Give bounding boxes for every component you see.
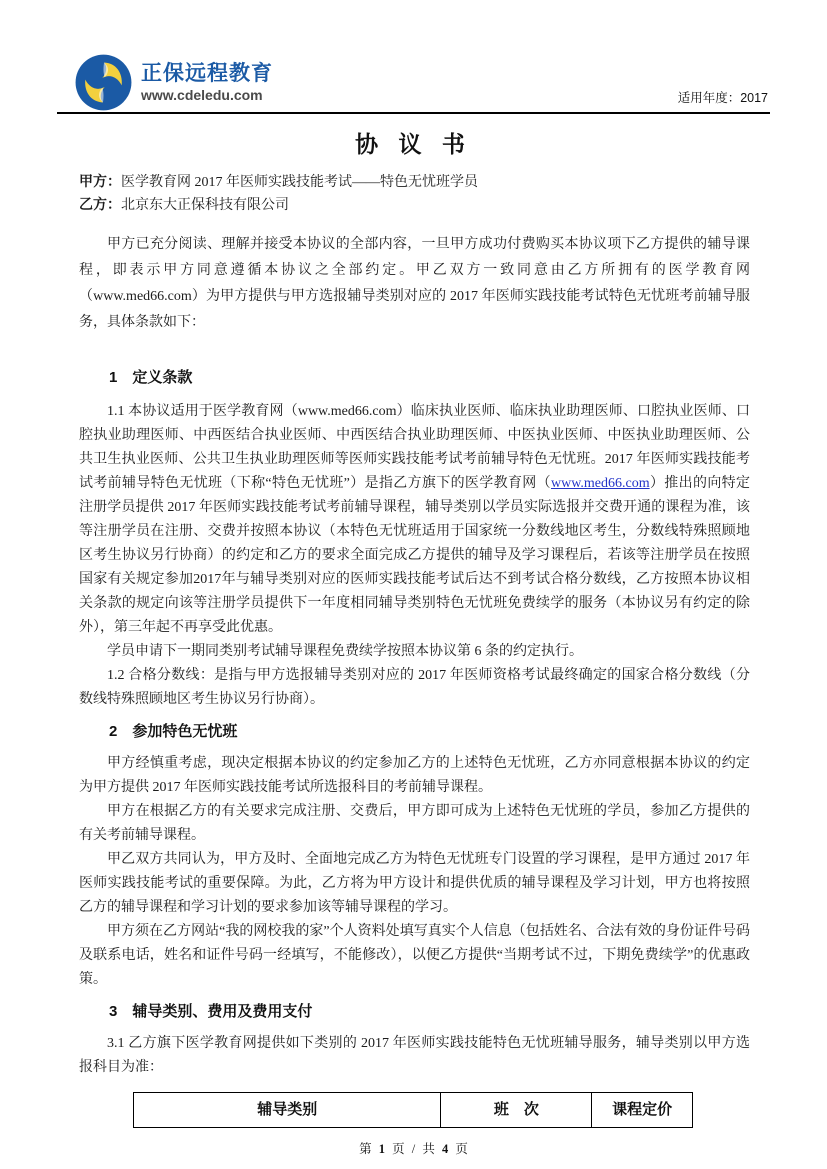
logo-text: 正保远程教育 www.cdeledu.com	[141, 62, 273, 104]
pricing-table-header-class: 班 次	[441, 1093, 592, 1128]
clause-2-p2: 甲方在根据乙方的有关要求完成注册、交费后，甲方即可成为上述特色无忧班的学员，参加…	[79, 800, 750, 848]
party-a-label: 甲方：	[79, 173, 121, 189]
party-a-value: 医学教育网 2017 年医师实践技能考试——特色无忧班学员	[121, 175, 478, 190]
clause-2-p3: 甲乙双方共同认为，甲方及时、全面地完成乙方为特色无忧班专门设置的学习课程，是甲方…	[79, 848, 750, 920]
footer-page-number: 1	[379, 1142, 387, 1156]
logo-url: www.cdeledu.com	[141, 86, 273, 104]
clause-2-p1: 甲方经慎重考虑，现决定根据本协议的约定参加乙方的上述特色无忧班，乙方亦同意根据本…	[79, 752, 750, 800]
party-b-value: 北京东大正保科技有限公司	[121, 198, 289, 213]
pricing-table-header-row: 辅导类别 班 次 课程定价	[134, 1093, 693, 1128]
clause-1-1-text-after: ）推出的向特定注册学员提供 2017 年医师实践技能考试考前辅导课程，辅导类别以…	[79, 476, 750, 635]
clause-1-2: 1.2 合格分数线：是指与甲方选报辅导类别对应的 2017 年医师资格考试最终确…	[79, 664, 750, 712]
document-title: 协 议 书	[0, 126, 827, 159]
section-3-heading: 3 辅导类别、费用及费用支付	[79, 1000, 750, 1024]
applicable-year: 适用年度：2017	[678, 88, 768, 106]
footer-mid: 页 / 共	[392, 1142, 437, 1156]
logo: 正保远程教育 www.cdeledu.com	[75, 54, 273, 111]
footer-total-pages: 4	[442, 1142, 450, 1156]
clause-2-p4: 甲方须在乙方网站“我的网校我的家”个人资料处填写真实个人信息（包括姓名、合法有效…	[79, 920, 750, 992]
footer-prefix: 第	[359, 1142, 374, 1156]
footer-suffix: 页	[455, 1142, 470, 1156]
document-page: 正保远程教育 www.cdeledu.com 适用年度：2017 协 议 书 甲…	[0, 0, 827, 1169]
pricing-table-header-price: 课程定价	[592, 1093, 693, 1128]
intro-paragraph: 甲方已充分阅读、理解并接受本协议的全部内容，一旦甲方成功付费购买本协议项下乙方提…	[79, 232, 750, 336]
pricing-table-header-category: 辅导类别	[134, 1093, 441, 1128]
pricing-table: 辅导类别 班 次 课程定价	[133, 1092, 693, 1128]
document-body: 甲方：医学教育网 2017 年医师实践技能考试——特色无忧班学员 乙方：北京东大…	[79, 171, 750, 1161]
party-a-row: 甲方：医学教育网 2017 年医师实践技能考试——特色无忧班学员	[79, 171, 750, 194]
parties-block: 甲方：医学教育网 2017 年医师实践技能考试——特色无忧班学员 乙方：北京东大…	[79, 171, 750, 216]
clause-1-1-note: 学员申请下一期同类别考试辅导课程免费续学按照本协议第 6 条的约定执行。	[79, 640, 750, 664]
page-header: 正保远程教育 www.cdeledu.com 适用年度：2017	[57, 0, 770, 114]
logo-title: 正保远程教育	[141, 62, 273, 86]
logo-swirl-icon	[75, 54, 132, 111]
section-1-heading: 1 定义条款	[79, 366, 750, 390]
party-b-row: 乙方：北京东大正保科技有限公司	[79, 194, 750, 217]
med66-link[interactable]: www.med66.com	[551, 476, 650, 491]
clause-3-1: 3.1 乙方旗下医学教育网提供如下类别的 2017 年医师实践技能特色无忧班辅导…	[79, 1032, 750, 1080]
page-footer: 第 1 页 / 共 4 页	[79, 1137, 750, 1161]
party-b-label: 乙方：	[79, 196, 121, 212]
clause-1-1: 1.1 本协议适用于医学教育网（www.med66.com）临床执业医师、临床执…	[79, 400, 750, 640]
section-2-heading: 2 参加特色无忧班	[79, 720, 750, 744]
